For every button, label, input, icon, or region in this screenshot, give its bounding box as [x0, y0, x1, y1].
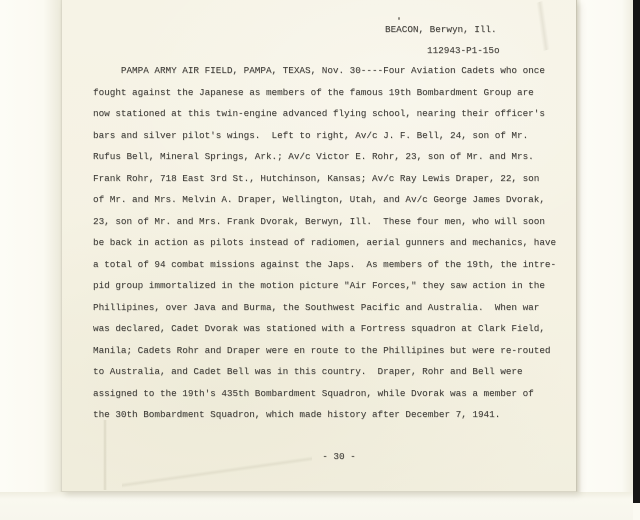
caption-text-line: PAMPA ARMY AIR FIELD, PAMPA, TEXAS, Nov.… — [93, 60, 563, 82]
scan-dark-edge — [633, 0, 640, 503]
caption-text-line: of Mr. and Mrs. Melvin A. Draper, Wellin… — [93, 189, 563, 211]
caption-text-line: the 30th Bombardment Squadron, which mad… — [93, 404, 563, 426]
caption-text-line: Phillipines, over Java and Burma, the So… — [93, 297, 563, 319]
caption-body: PAMPA ARMY AIR FIELD, PAMPA, TEXAS, Nov.… — [93, 60, 563, 426]
caption-text-line: to Australia, and Cadet Bell was in this… — [93, 361, 563, 383]
caption-text-line: Frank Rohr, 718 East 3rd St., Hutchinson… — [93, 168, 563, 190]
crease-mark — [511, 0, 575, 57]
backing-page-right — [577, 0, 633, 503]
caption-text-line: now stationed at this twin-engine advanc… — [93, 103, 563, 125]
caption-text-line: fought against the Japanese as members o… — [93, 82, 563, 104]
caption-text-line: assigned to the 19th's 435th Bombardment… — [93, 383, 563, 405]
caption-text-line: bars and silver pilot's wings. Left to r… — [93, 125, 563, 147]
caption-text-line: be back in action as pilots instead of r… — [93, 232, 563, 254]
caption-text-line: Manila; Cadets Rohr and Draper were en r… — [93, 340, 563, 362]
backing-page-bottom — [0, 492, 633, 520]
publication-name: BEACON, Berwyn, Ill. — [385, 19, 497, 41]
caption-text-line: 23, son of Mr. and Mrs. Frank Dvorak, Be… — [93, 211, 563, 233]
end-mark: - 30 - — [93, 446, 559, 468]
caption-text-line: pid group immortalized in the motion pic… — [93, 275, 563, 297]
caption-text-line: was declared, Cadet Dvorak was stationed… — [93, 318, 563, 340]
caption-text-line: Rufus Bell, Mineral Springs, Ark.; Av/c … — [93, 146, 563, 168]
scanned-press-caption: BEACON, Berwyn, Ill. 112943-P1-15o PAMPA… — [0, 0, 640, 520]
caption-text-line: a total of 94 combat missions against th… — [93, 254, 563, 276]
backing-page-left — [0, 0, 62, 520]
caption-sheet: BEACON, Berwyn, Ill. 112943-P1-15o PAMPA… — [62, 0, 577, 492]
reference-number: 112943-P1-15o — [427, 40, 500, 62]
